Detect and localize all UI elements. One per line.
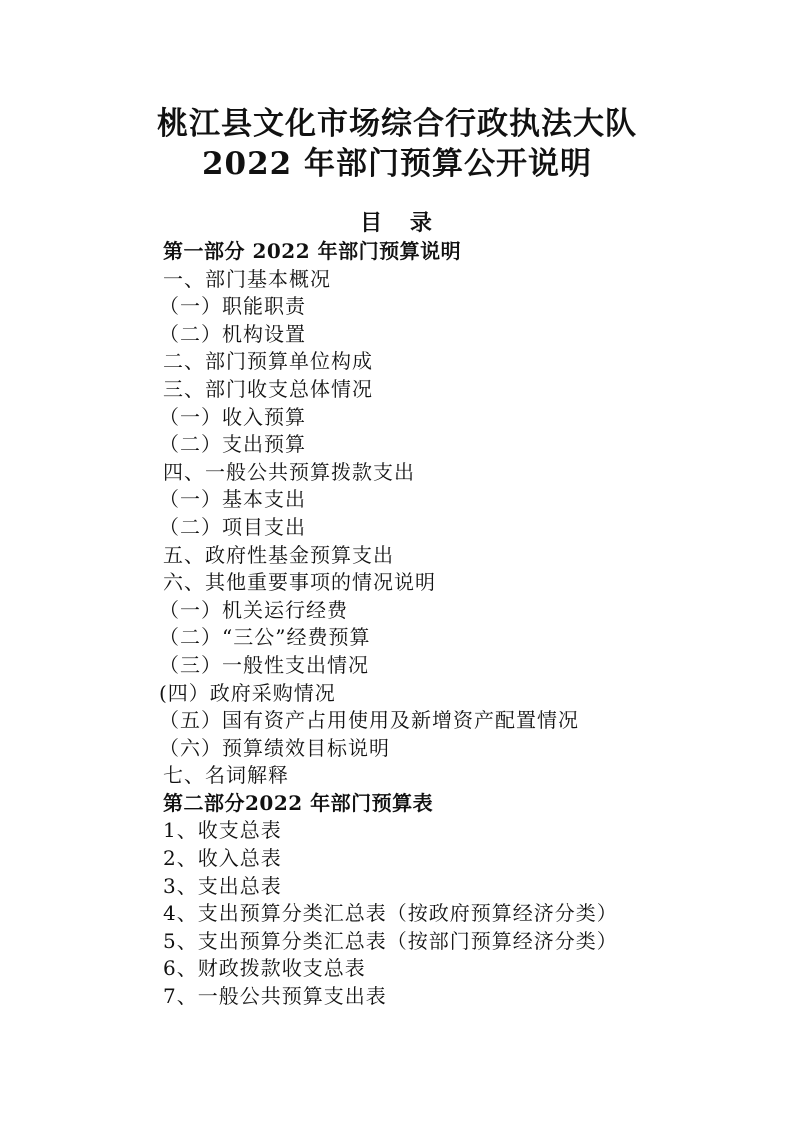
toc-subitem: （六）预算绩效目标说明 — [159, 735, 618, 763]
toc-item: 7、一般公共预算支出表 — [163, 983, 618, 1011]
toc-part-2: 第二部分2022 年部门预算表 — [163, 790, 618, 818]
document-title-line-1: 桃江县文化市场综合行政执法大队 — [0, 98, 794, 143]
toc-subitem: （一）收入预算 — [159, 404, 618, 432]
toc-subitem: （二）机构设置 — [159, 321, 618, 349]
toc-subitem: （五）国有资产占用使用及新增资产配置情况 — [159, 707, 618, 735]
toc-subitem: (四）政府采购情况 — [159, 680, 618, 708]
toc-item: 一、部门基本概况 — [163, 266, 618, 294]
toc-subitem: （一）职能职责 — [159, 293, 618, 321]
toc-item: 五、政府性基金预算支出 — [163, 542, 618, 570]
document-title-line-2: 2022 年部门预算公开说明 — [0, 138, 794, 183]
toc-item: 3、支出总表 — [163, 873, 618, 901]
toc-part-1: 第一部分 2022 年部门预算说明 — [163, 238, 618, 266]
toc-subitem: （二）项目支出 — [159, 514, 618, 542]
toc-subitem: （二）支出预算 — [159, 431, 618, 459]
toc-item: 三、部门收支总体情况 — [163, 376, 618, 404]
table-of-contents: 第一部分 2022 年部门预算说明 一、部门基本概况 （一）职能职责 （二）机构… — [163, 238, 618, 1011]
toc-item: 5、支出预算分类汇总表（按部门预算经济分类） — [163, 928, 618, 956]
toc-item: 四、一般公共预算拨款支出 — [163, 459, 618, 487]
toc-item: 6、财政拨款收支总表 — [163, 955, 618, 983]
toc-subitem: （一）机关运行经费 — [159, 597, 618, 625]
toc-subitem: （二）“三公”经费预算 — [159, 624, 618, 652]
toc-item: 1、收支总表 — [163, 817, 618, 845]
toc-item: 七、名词解释 — [163, 762, 618, 790]
toc-heading: 目 录 — [0, 206, 794, 237]
toc-item: 2、收入总表 — [163, 845, 618, 873]
toc-item: 4、支出预算分类汇总表（按政府预算经济分类） — [163, 900, 618, 928]
toc-subitem: （一）基本支出 — [159, 486, 618, 514]
toc-item: 六、其他重要事项的情况说明 — [163, 569, 618, 597]
toc-item: 二、部门预算单位构成 — [163, 348, 618, 376]
toc-subitem: （三）一般性支出情况 — [159, 652, 618, 680]
